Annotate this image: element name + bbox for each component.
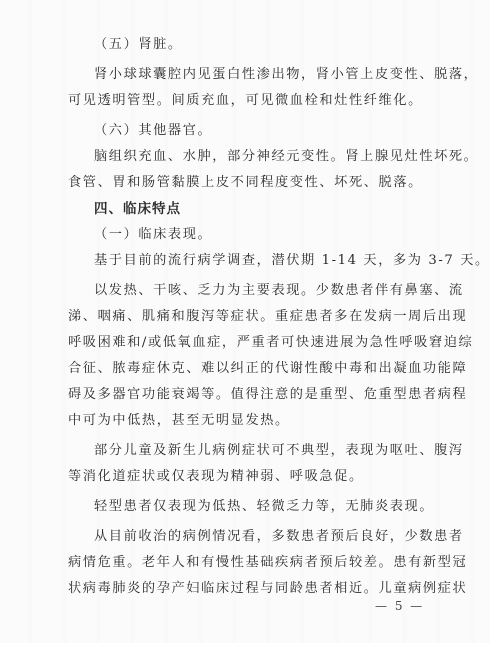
paragraph-line: 碍及多器官功能衰竭等。值得注意的是重型、危重型患者病程 (68, 382, 418, 408)
paragraph-line: 基于目前的流行病学调查，潜伏期 1-14 天，多为 3-7 天。 (68, 248, 418, 274)
paragraph-line: 等消化道症状或仅表现为精神弱、呼吸急促。 (68, 464, 418, 490)
section-heading-clinical-features: 四、临床特点 (68, 196, 418, 222)
paragraph-line: 状病毒肺炎的孕产妇临床过程与同龄患者相近。儿童病例症状 (68, 576, 418, 602)
paragraph-line: 脑组织充血、水肿，部分神经元变性。肾上腺见灶性坏死。 (68, 144, 418, 170)
paragraph-line: 食管、胃和肠管黏膜上皮不同程度变性、坏死、脱落。 (68, 170, 418, 196)
document-body: （五）肾脏。 肾小球球囊腔内见蛋白性渗出物，肾小管上皮变性、脱落， 可见透明管型… (68, 32, 418, 602)
paragraph-line: 肾小球球囊腔内见蛋白性渗出物，肾小管上皮变性、脱落， (68, 62, 418, 88)
paragraph-line: 呼吸困难和/或低氧血症，严重者可快速进展为急性呼吸窘迫综 (68, 330, 418, 356)
paragraph-line: 中可为中低热，甚至无明显发热。 (68, 408, 418, 434)
document-page: （五）肾脏。 肾小球球囊腔内见蛋白性渗出物，肾小管上皮变性、脱落， 可见透明管型… (0, 0, 490, 643)
paragraph-line: 可见透明管型。间质充血，可见微血栓和灶性纤维化。 (68, 88, 418, 114)
paragraph-line: 部分儿童及新生儿病例症状可不典型，表现为呕吐、腹泻 (68, 438, 418, 464)
subheading-clinical-manifestations: （一）临床表现。 (68, 222, 418, 248)
paragraph-line: 合征、脓毒症休克、难以纠正的代谢性酸中毒和出凝血功能障 (68, 356, 418, 382)
subheading-kidney: （五）肾脏。 (68, 32, 418, 58)
paragraph-line: 从目前收治的病例情况看，多数患者预后良好，少数患者 (68, 524, 418, 550)
paragraph-line: 病情危重。老年人和有慢性基础疾病者预后较差。患有新型冠 (68, 550, 418, 576)
page-number: — 5 — (375, 599, 424, 613)
paragraph-line: 以发热、干咳、乏力为主要表现。少数患者伴有鼻塞、流 (68, 278, 418, 304)
paragraph-line: 轻型患者仅表现为低热、轻微乏力等，无肺炎表现。 (68, 494, 418, 520)
subheading-other-organs: （六）其他器官。 (68, 118, 418, 144)
paragraph-line: 涕、咽痛、肌痛和腹泻等症状。重症患者多在发病一周后出现 (68, 304, 418, 330)
